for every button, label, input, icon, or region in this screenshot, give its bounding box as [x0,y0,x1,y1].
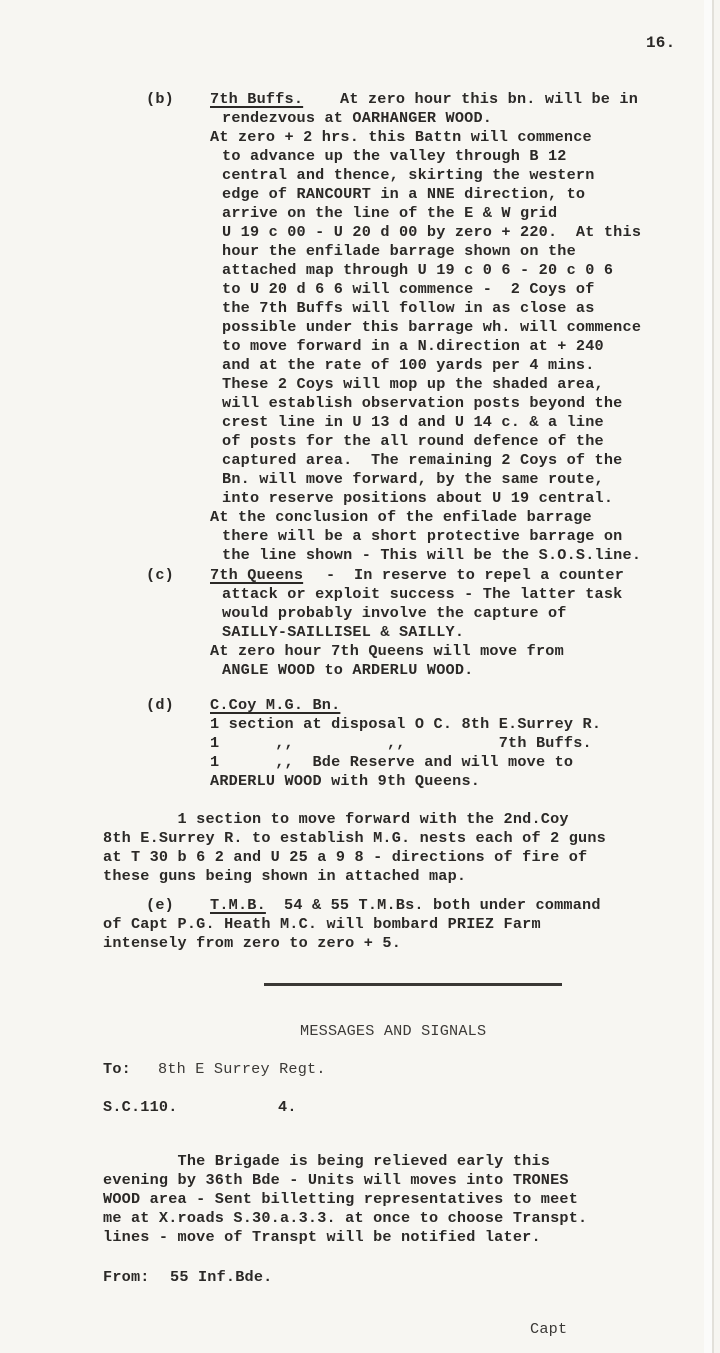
section-c-line: would probably involve the capture of [222,604,567,623]
section-b-line: attached map through U 19 c 0 6 - 20 c 0… [222,261,613,280]
from-value: 55 Inf.Bde. [170,1268,272,1287]
section-b-line: central and thence, skirting the western [222,166,595,185]
message-body-line: evening by 36th Bde - Units will moves i… [103,1171,569,1190]
section-b-line: rendezvous at OARHANGER WOOD. [222,109,492,128]
section-d-line: 1 ,, Bde Reserve and will move to [210,753,573,772]
section-c-line: SAILLY-SAILLISEL & SAILLY. [222,623,464,642]
section-d-paragraph: these guns being shown in attached map. [103,867,466,886]
section-d-line: ARDERLU WOOD with 9th Queens. [210,772,480,791]
section-d-paragraph: at T 30 b 6 2 and U 25 a 9 8 - direction… [103,848,587,867]
section-d-paragraph: 1 section to move forward with the 2nd.C… [103,810,569,829]
section-d-line: 1 section at disposal O C. 8th E.Surrey … [210,715,601,734]
section-b-line: captured area. The remaining 2 Coys of t… [222,451,623,470]
message-body-line: The Brigade is being relieved early this [103,1152,550,1171]
from-label: From: [103,1268,150,1287]
section-c-line: attack or exploit success - The latter t… [222,585,623,604]
document-page: 16. (b) 7th Buffs. At zero hour this bn.… [0,0,714,1353]
section-c-label: (c) [146,566,174,585]
section-c-line: At zero hour 7th Queens will move from [210,642,564,661]
to-label: To: [103,1060,131,1079]
page-number: 16. [646,34,675,53]
message-number: 4. [278,1098,297,1117]
section-e-heading: T.M.B. [210,896,266,915]
section-b-line: At zero + 2 hrs. this Battn will commenc… [210,128,592,147]
section-b-line: into reserve positions about U 19 centra… [222,489,613,508]
section-b-line: U 19 c 00 - U 20 d 00 by zero + 220. At … [222,223,641,242]
section-e-label: (e) [146,896,174,915]
section-b-line: Bn. will move forward, by the same route… [222,470,604,489]
section-d-label: (d) [146,696,174,715]
section-b-line: hour the enfilade barrage shown on the [222,242,576,261]
section-divider [264,983,562,986]
section-e-line: 54 & 55 T.M.Bs. both under command [284,896,601,915]
section-b-line: crest line in U 13 d and U 14 c. & a lin… [222,413,604,432]
message-body-line: WOOD area - Sent billetting representati… [103,1190,578,1209]
section-b-line: there will be a short protective barrage… [222,527,623,546]
signature: Capt [530,1320,567,1339]
section-b-line: to move forward in a N.direction at + 24… [222,337,604,356]
section-d-heading: C.Coy M.G. Bn. [210,696,340,715]
section-b-line: edge of RANCOURT in a NNE direction, to [222,185,585,204]
section-b-label: (b) [146,90,174,109]
message-body-line: me at X.roads S.30.a.3.3. at once to cho… [103,1209,587,1228]
section-e-line: intensely from zero to zero + 5. [103,934,401,953]
section-b-heading: 7th Buffs. [210,90,303,109]
section-c-heading: 7th Queens [210,566,303,585]
section-d-paragraph: 8th E.Surrey R. to establish M.G. nests … [103,829,606,848]
to-value: 8th E Surrey Regt. [158,1060,326,1079]
section-b-line: the line shown - This will be the S.O.S.… [222,546,641,565]
section-b-line: At zero hour this bn. will be in [340,90,638,109]
section-b-line: to advance up the valley through B 12 [222,147,567,166]
section-b-line: will establish observation posts beyond … [222,394,623,413]
section-c-line: ANGLE WOOD to ARDERLU WOOD. [222,661,473,680]
section-b-line: arrive on the line of the E & W grid [222,204,557,223]
section-e-line: of Capt P.G. Heath M.C. will bombard PRI… [103,915,541,934]
message-body-line: lines - move of Transpt will be notified… [103,1228,541,1247]
section-b-line: and at the rate of 100 yards per 4 mins. [222,356,595,375]
section-d-line: 1 ,, ,, 7th Buffs. [210,734,592,753]
section-c-line: - In reserve to repel a counter [326,566,624,585]
section-b-line: of posts for the all round defence of th… [222,432,604,451]
section-b-line: to U 20 d 6 6 will commence - 2 Coys of [222,280,595,299]
section-b-line: At the conclusion of the enfilade barrag… [210,508,592,527]
section-b-line: These 2 Coys will mop up the shaded area… [222,375,604,394]
section-b-line: the 7th Buffs will follow in as close as [222,299,595,318]
section-b-line: possible under this barrage wh. will com… [222,318,641,337]
message-title: MESSAGES AND SIGNALS [300,1022,486,1041]
message-ref: S.C.110. [103,1098,178,1117]
page-edge [704,0,712,1353]
